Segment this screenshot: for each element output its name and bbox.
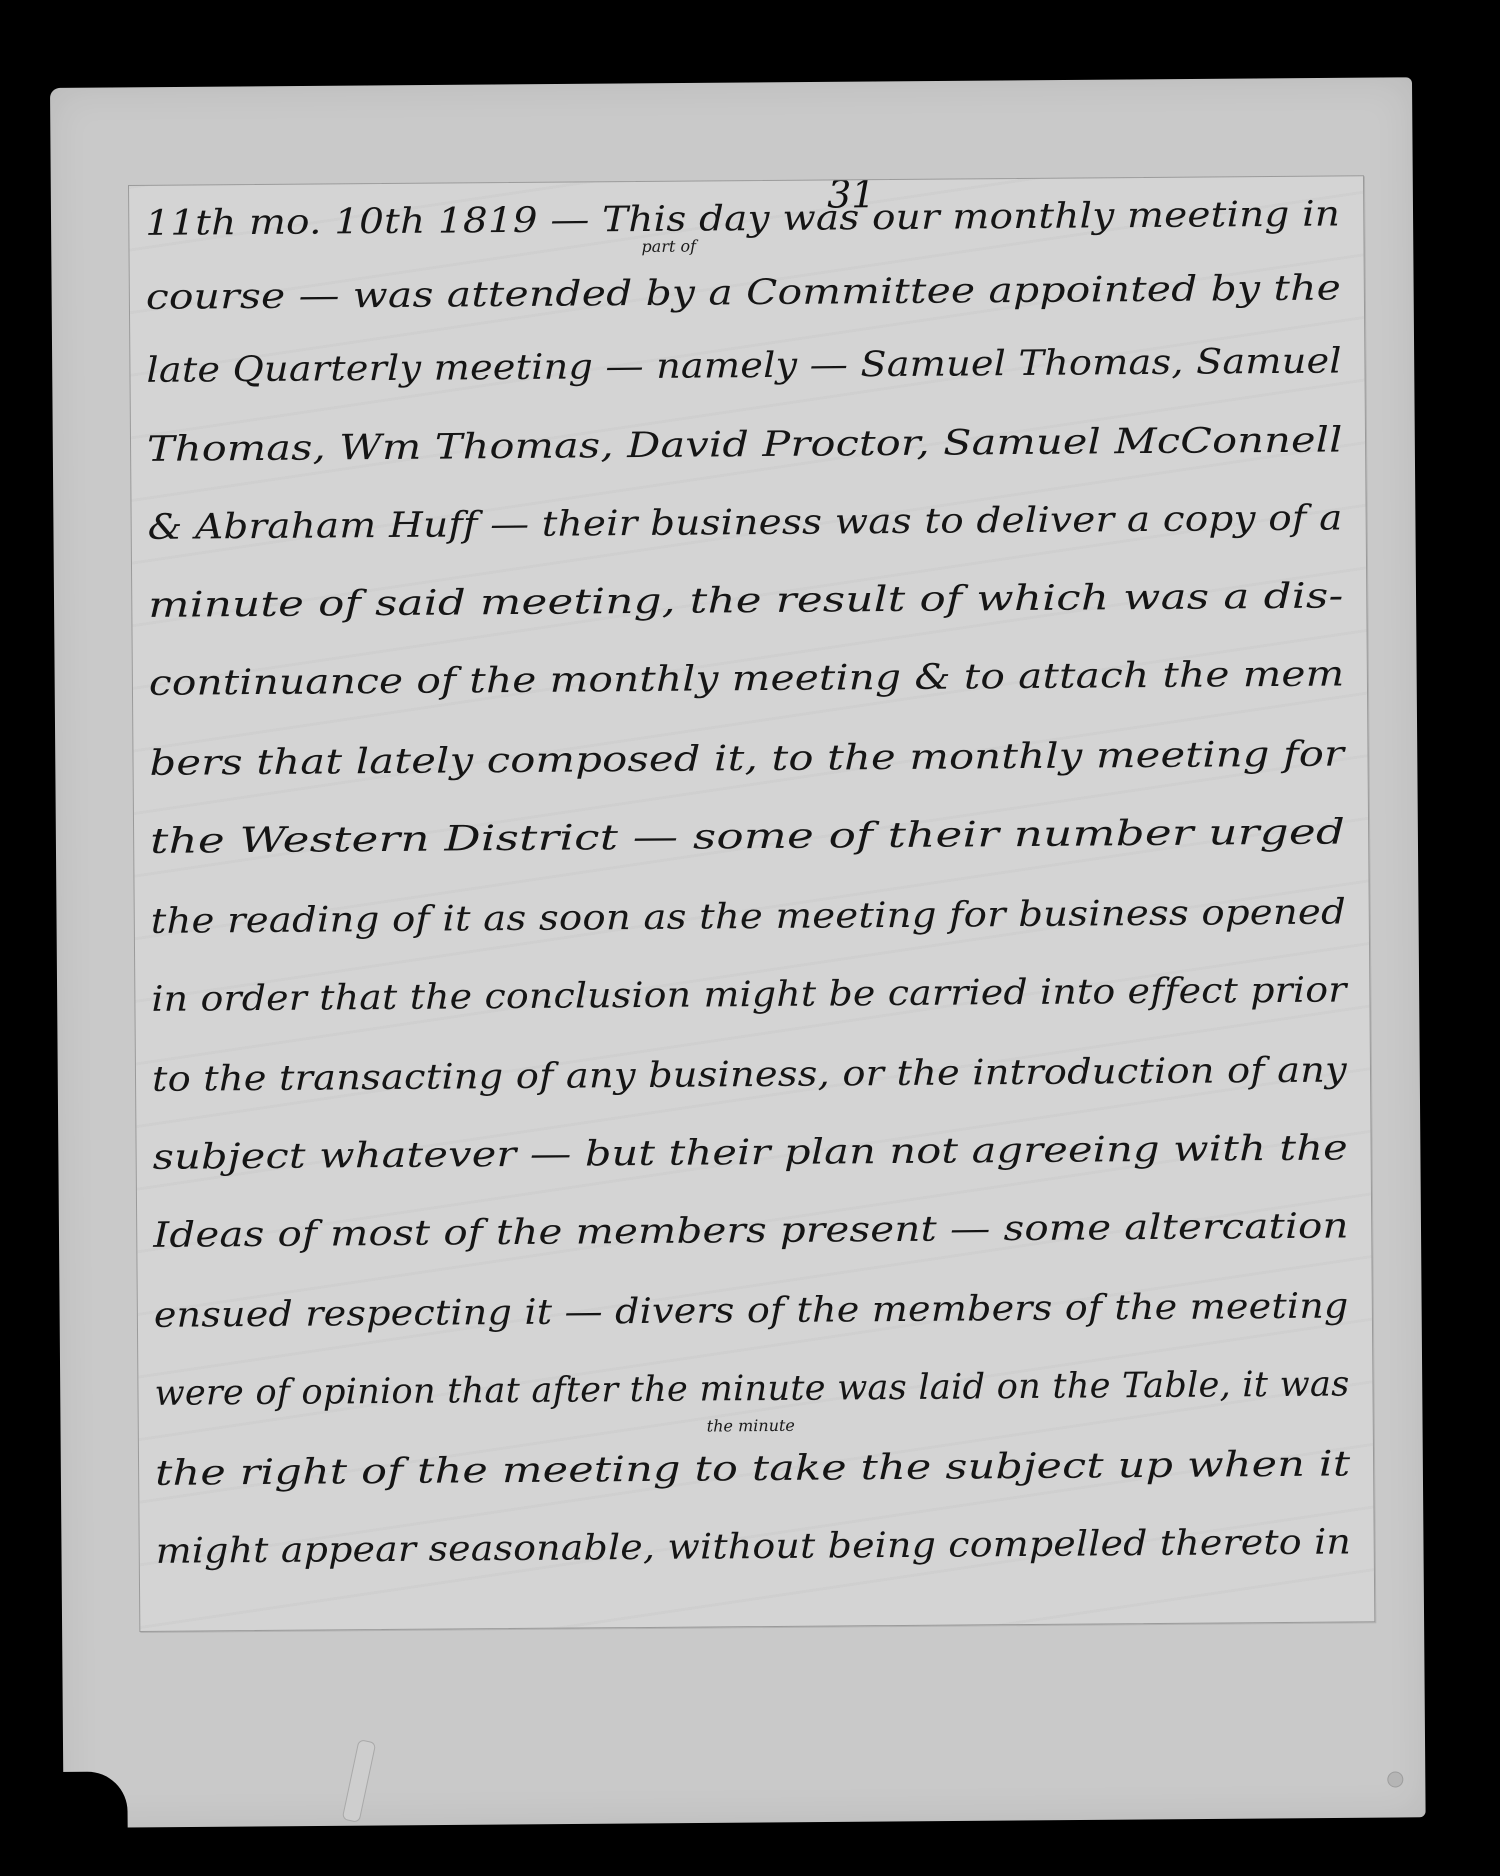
- manuscript-page: 31 part of the minute 11th mo. 10th 1819…: [128, 175, 1375, 1632]
- manuscript-line-14: Ideas of most of the members present — s…: [153, 1206, 1349, 1255]
- manuscript-line-17: the right of the meeting to take the sub…: [155, 1444, 1351, 1493]
- manuscript-line-8: bers that lately composed it, to the mon…: [149, 734, 1344, 783]
- manuscript-line-5: & Abraham Huff — their business was to d…: [148, 498, 1343, 547]
- insertion-the-minute: the minute: [707, 1416, 795, 1436]
- manuscript-line-3: late Quarterly meeting — namely — Samuel…: [146, 341, 1342, 390]
- corner-mark: [1387, 1771, 1403, 1787]
- manuscript-line-2: course — was attended by a Committee app…: [146, 268, 1341, 317]
- manuscript-line-1: 11th mo. 10th 1819 — This day was our mo…: [145, 194, 1340, 243]
- manuscript-line-9: the Western District — some of their num…: [150, 812, 1345, 861]
- manuscript-line-6: minute of said meeting, the result of wh…: [148, 576, 1343, 625]
- manuscript-line-16: were of opinion that after the minute wa…: [154, 1364, 1349, 1413]
- manuscript-line-12: to the transacting of any business, or t…: [152, 1050, 1347, 1099]
- scan-background: 31 part of the minute 11th mo. 10th 1819…: [0, 0, 1500, 1876]
- manuscript-line-18: might appear seasonable, without being c…: [156, 1522, 1352, 1571]
- manuscript-line-15: ensued respecting it — divers of the mem…: [154, 1286, 1349, 1335]
- manuscript-line-11: in order that the conclusion might be ca…: [151, 970, 1346, 1019]
- manuscript-line-10: the reading of it as soon as the meeting…: [151, 892, 1346, 941]
- manuscript-line-13: subject whatever — but their plan not ag…: [152, 1128, 1348, 1177]
- manuscript-line-7: continuance of the monthly meeting & to …: [149, 654, 1345, 703]
- manuscript-line-4: Thomas, Wm Thomas, David Proctor, Samuel…: [147, 420, 1343, 469]
